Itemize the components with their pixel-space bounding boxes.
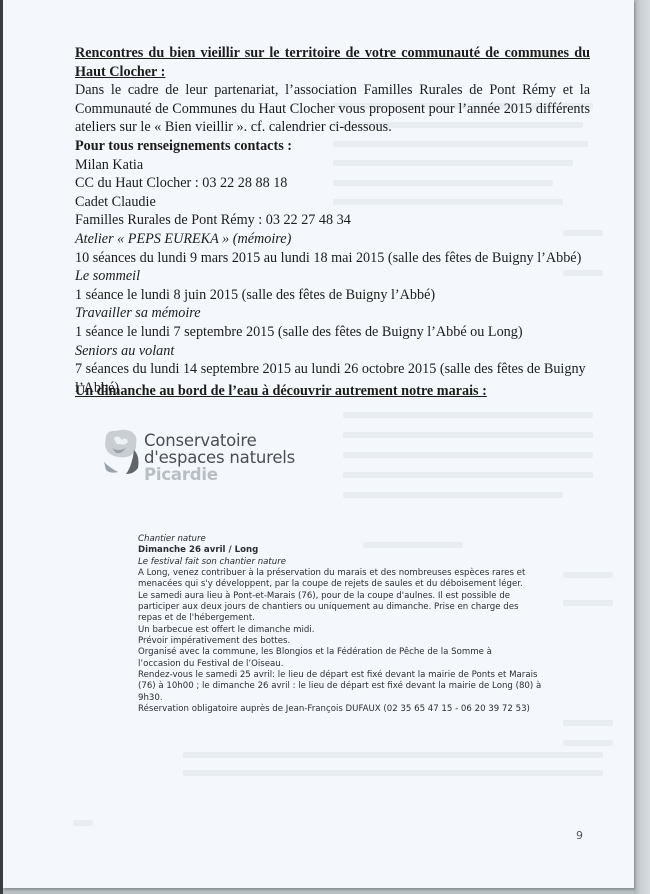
section-heading: Rencontres du bien vieillir sur le terri…: [75, 44, 590, 81]
contact-line: CC du Haut Clocher : 03 22 28 88 18: [75, 174, 590, 193]
workshop-title: Le sommeil: [75, 267, 590, 286]
event-line: Prévoir impérativement des bottes.: [138, 636, 558, 647]
logo-line-2: d'espaces naturels: [144, 449, 295, 466]
event-category: Chantier nature: [138, 534, 558, 545]
event-line: (76) à 10h00 ; le dimanche 26 avril : le…: [138, 681, 558, 692]
contact-line: Cadet Claudie: [75, 193, 590, 212]
intro-paragraph: Dans le cadre de leur partenariat, l’ass…: [75, 81, 590, 137]
event-line: Le samedi aura lieu à Pont-et-Marais (76…: [138, 591, 558, 602]
section-marais: Un dimanche au bord de l’eau à découvrir…: [75, 382, 590, 401]
section-bien-vieillir: Rencontres du bien vieillir sur le terri…: [75, 44, 590, 397]
contacts-label: Pour tous renseignements contacts :: [75, 137, 590, 156]
event-line: Réservation obligatoire auprès de Jean-F…: [138, 704, 558, 715]
logo-line-3: Picardie: [144, 466, 295, 483]
contact-line: Milan Katia: [75, 156, 590, 175]
event-subtitle: Le festival fait son chantier nature: [138, 557, 558, 568]
event-line: menacées qui s'y développent, par la cou…: [138, 579, 558, 590]
event-line: Organisé avec la commune, les Blongios e…: [138, 647, 558, 658]
chantier-nature-block: Chantier nature Dimanche 26 avril / Long…: [138, 534, 558, 716]
event-line: l’occasion du Festival de l’Oiseau.: [138, 659, 558, 670]
scan-right-edge: [634, 0, 650, 894]
event-line: Rendez-vous le samedi 25 avril: le lieu …: [138, 670, 558, 681]
workshop-title: Travailler sa mémoire: [75, 304, 590, 323]
workshop-title: Atelier « PEPS EUREKA » (mémoire): [75, 230, 590, 249]
conservatoire-logo: Conservatoire d'espaces naturels Picardi…: [100, 428, 320, 488]
event-line: 9h30.: [138, 693, 558, 704]
workshop-detail: 1 séance le lundi 7 septembre 2015 (sall…: [75, 323, 590, 342]
logo-line-1: Conservatoire: [144, 432, 295, 449]
page-number: 9: [576, 829, 583, 842]
event-line: repas et de l'hébergement.: [138, 613, 558, 624]
contact-line: Familles Rurales de Pont Rémy : 03 22 27…: [75, 211, 590, 230]
conservatoire-logo-icon: [100, 428, 144, 476]
section-heading: Un dimanche au bord de l’eau à découvrir…: [75, 383, 487, 399]
event-line: participer aux deux jours de chantiers o…: [138, 602, 558, 613]
workshop-title: Seniors au volant: [75, 342, 590, 361]
workshop-detail: 1 séance le lundi 8 juin 2015 (salle des…: [75, 286, 590, 305]
event-line: Un barbecue est offert le dimanche midi.: [138, 625, 558, 636]
event-line: A Long, venez contribuer à la préservati…: [138, 568, 558, 579]
event-date: Dimanche 26 avril / Long: [138, 545, 558, 556]
workshop-detail: 10 séances du lundi 9 mars 2015 au lundi…: [75, 249, 590, 268]
